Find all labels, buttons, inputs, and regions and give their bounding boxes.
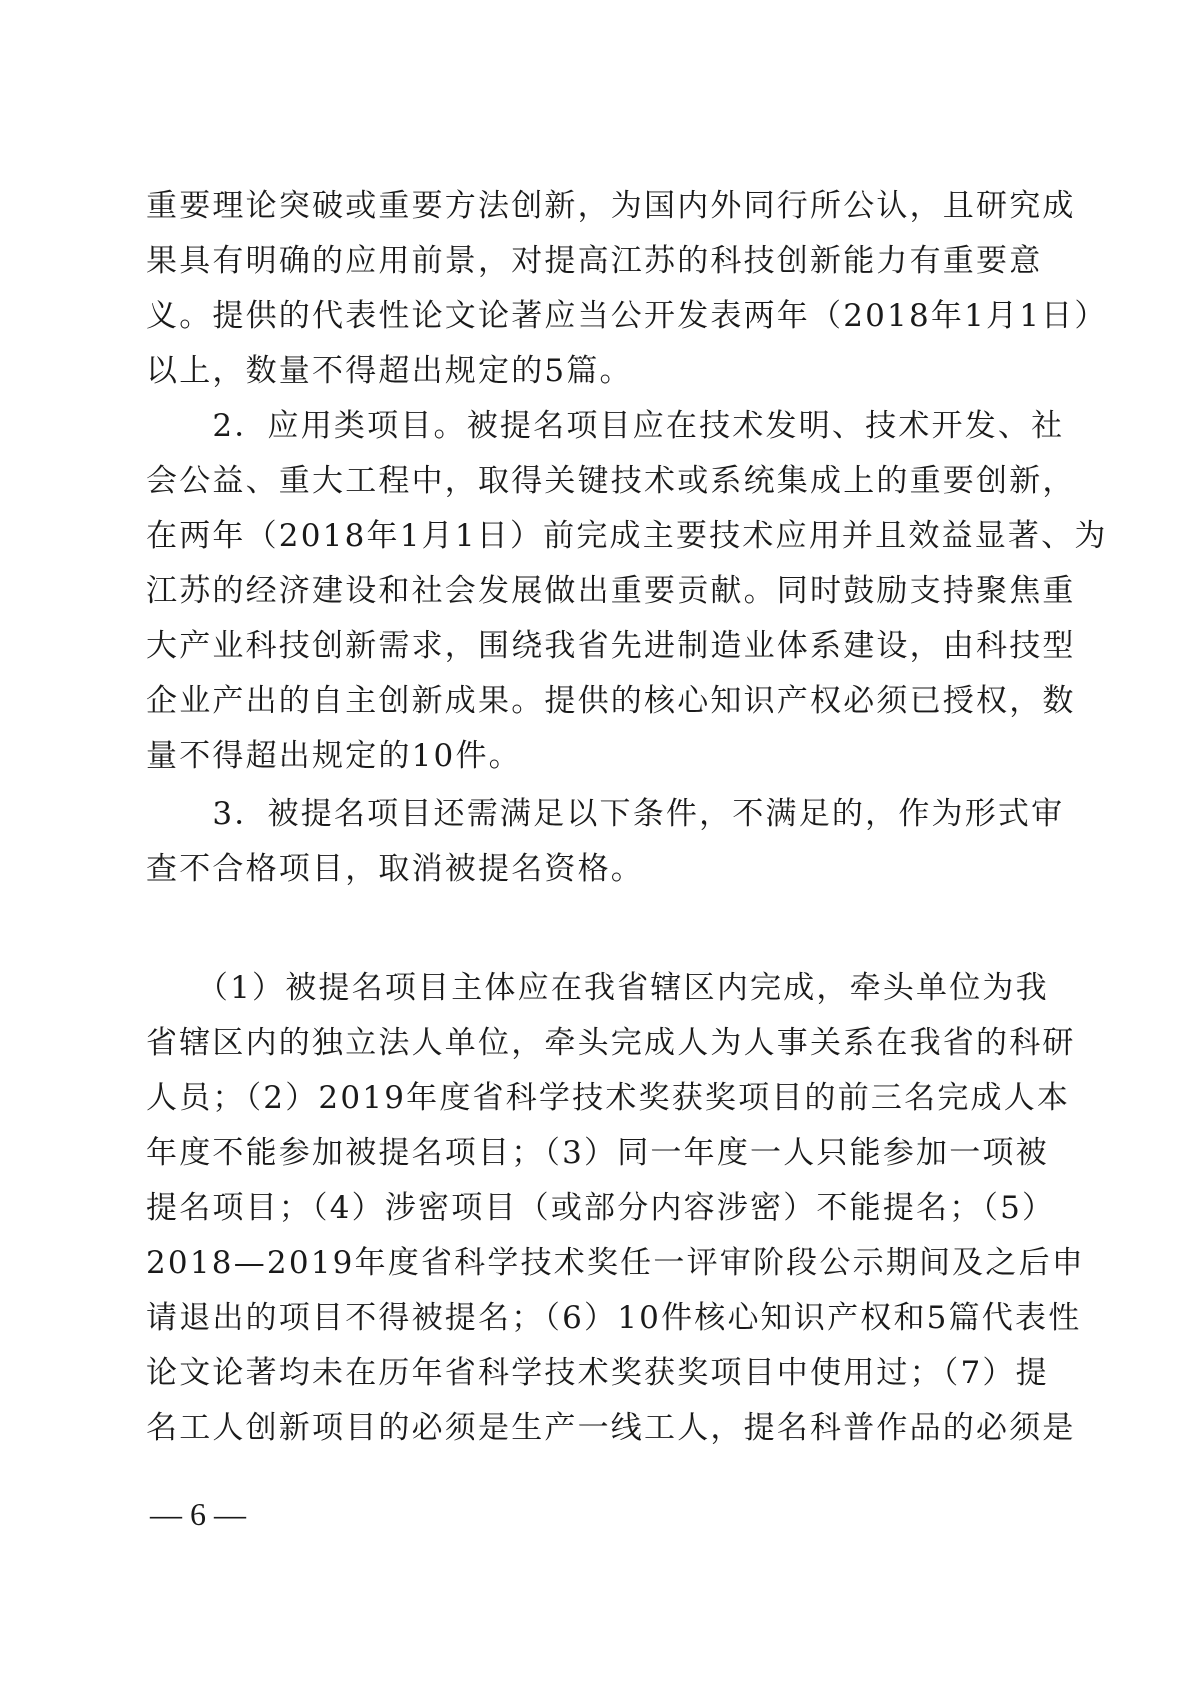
text-line: 名工人创新项目的必须是生产一线工人，提名科普作品的必须是: [146, 1408, 1046, 1448]
text-line: 3．被提名项目还需满足以下条件，不满足的，作为形式审: [146, 794, 1046, 834]
text-line: 请退出的项目不得被提名；（6）10件核心知识产权和5篇代表性: [146, 1298, 1046, 1338]
text-line: 人员；（2）2019年度省科学技术奖获奖项目的前三名完成人本: [146, 1078, 1046, 1118]
text-line: 量不得超出规定的10件。: [146, 736, 1046, 776]
text-line: （1）被提名项目主体应在我省辖区内完成，牵头单位为我: [146, 968, 1046, 1008]
text-line: 2018—2019年度省科学技术奖任一评审阶段公示期间及之后申: [146, 1243, 1046, 1283]
page-number: — 6 —: [150, 1494, 246, 1534]
text-line: 江苏的经济建设和社会发展做出重要贡献。同时鼓励支持聚焦重: [146, 571, 1046, 611]
text-line: 果具有明确的应用前景，对提高江苏的科技创新能力有重要意: [146, 241, 1046, 281]
text-line: 省辖区内的独立法人单位，牵头完成人为人事关系在我省的科研: [146, 1023, 1046, 1063]
text-line: 义。提供的代表性论文论著应当公开发表两年（2018年1月1日）: [146, 296, 1046, 336]
text-line: 查不合格项目，取消被提名资格。: [146, 849, 1046, 889]
text-line: 在两年（2018年1月1日）前完成主要技术应用并且效益显著、为: [146, 516, 1046, 556]
text-line: 重要理论突破或重要方法创新，为国内外同行所公认，且研究成: [146, 186, 1046, 226]
text-line: 2．应用类项目。被提名项目应在技术发明、技术开发、社: [146, 406, 1046, 446]
document-page: 重要理论突破或重要方法创新，为国内外同行所公认，且研究成 果具有明确的应用前景，…: [0, 0, 1199, 1696]
text-line: 企业产出的自主创新成果。提供的核心知识产权必须已授权，数: [146, 681, 1046, 721]
text-line: 年度不能参加被提名项目；（3）同一年度一人只能参加一项被: [146, 1133, 1046, 1173]
text-line: 大产业科技创新需求，围绕我省先进制造业体系建设，由科技型: [146, 626, 1046, 666]
text-line: 提名项目；（4）涉密项目（或部分内容涉密）不能提名；（5）: [146, 1188, 1046, 1228]
text-line: 以上，数量不得超出规定的5篇。: [146, 351, 1046, 391]
text-line: 论文论著均未在历年省科学技术奖获奖项目中使用过；（7）提: [146, 1353, 1046, 1393]
text-line: 会公益、重大工程中，取得关键技术或系统集成上的重要创新，: [146, 461, 1046, 501]
